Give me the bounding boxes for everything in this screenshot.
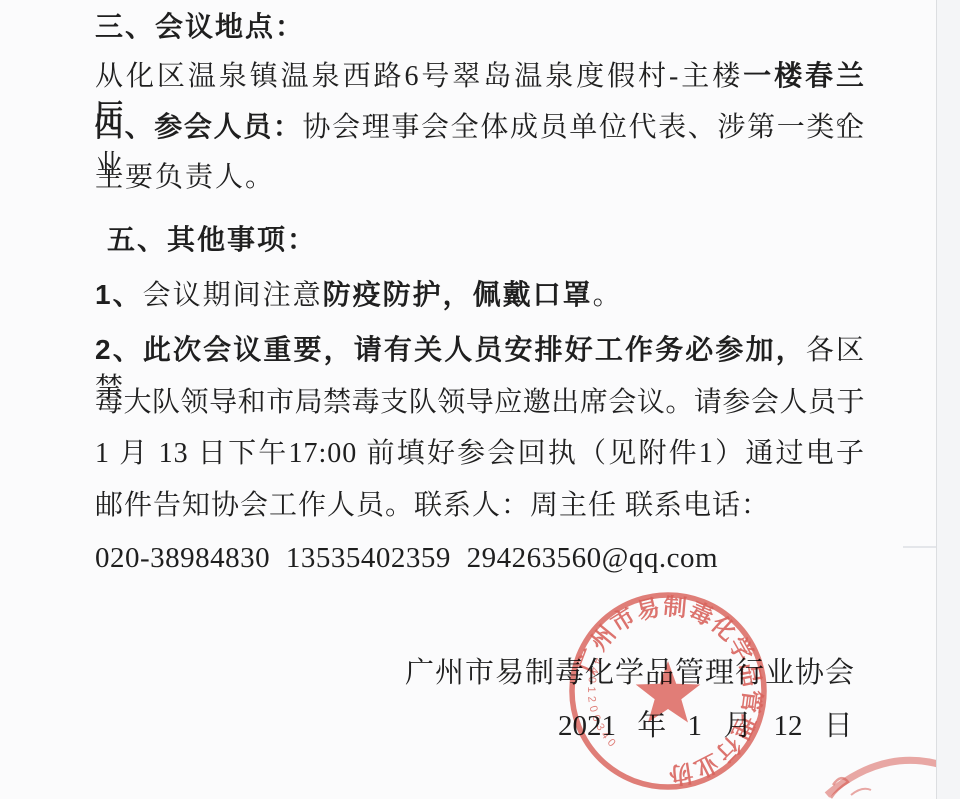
section-heading-5: 五、其他事项：	[107, 221, 317, 259]
doc-line: 1 月 13 日下午17:00 前填好参会回执（见附件1）通过电子	[95, 435, 865, 473]
body-text: 邮件告知协会工作人员。联系人：周主任 联系电话：	[95, 490, 770, 521]
body-text: 1 月 13 日下午17:00 前填好参会回执（见附件1）通过电子	[95, 438, 865, 469]
scanned-document-page: 三、会议地点： 从化区温泉镇温泉西路6号翠岛温泉度假村-主楼一楼春兰厅。 四、参…	[0, 0, 960, 799]
svg-text:4401206340: 4401206340	[585, 656, 620, 752]
heading-text: 四、参会人员：	[95, 111, 302, 142]
body-text: 会议期间注意	[143, 280, 323, 311]
official-seal-stamp: 广州市易制毒化学品管理行业协会 4401206340	[564, 588, 772, 799]
stamp-serial-text: 4401206340	[585, 656, 620, 752]
body-text: 主要负责人。	[95, 162, 275, 193]
contact-numbers-line: 020-38984830 13535402359 294263560@qq.co…	[95, 539, 718, 577]
doc-line: 主要负责人。	[95, 159, 275, 197]
item-number: 1、	[95, 279, 143, 310]
phone-email-text: 020-38984830 13535402359 294263560@qq.co…	[95, 542, 718, 574]
heading-text: 三、会议地点：	[95, 11, 305, 42]
doc-line: 毒大队领导和市局禁毒支队领导应邀出席会议。请参会人员于	[95, 384, 865, 422]
heading-text: 五、其他事项：	[107, 224, 317, 255]
contact-line: 邮件告知协会工作人员。联系人：周主任 联系电话：	[95, 487, 770, 525]
doc-line-item-1: 1、会议期间注意防疫防护，佩戴口罩。	[95, 276, 623, 315]
body-text: 。	[593, 280, 623, 311]
star-icon	[636, 661, 701, 723]
scan-edge-strip	[936, 0, 960, 799]
body-text: 从化区温泉镇温泉西路6号翠岛温泉度假村-主楼	[95, 61, 743, 92]
body-text-bold: 2、此次会议重要，请有关人员安排好工作务必参加，	[95, 334, 806, 365]
body-text: 毒大队领导和市局禁毒支队领导应邀出席会议。请参会人员于	[95, 387, 865, 418]
corner-stamp-mark	[851, 789, 871, 795]
body-text-bold: 防疫防护，佩戴口罩	[323, 279, 593, 310]
section-heading-3: 三、会议地点：	[95, 8, 305, 46]
